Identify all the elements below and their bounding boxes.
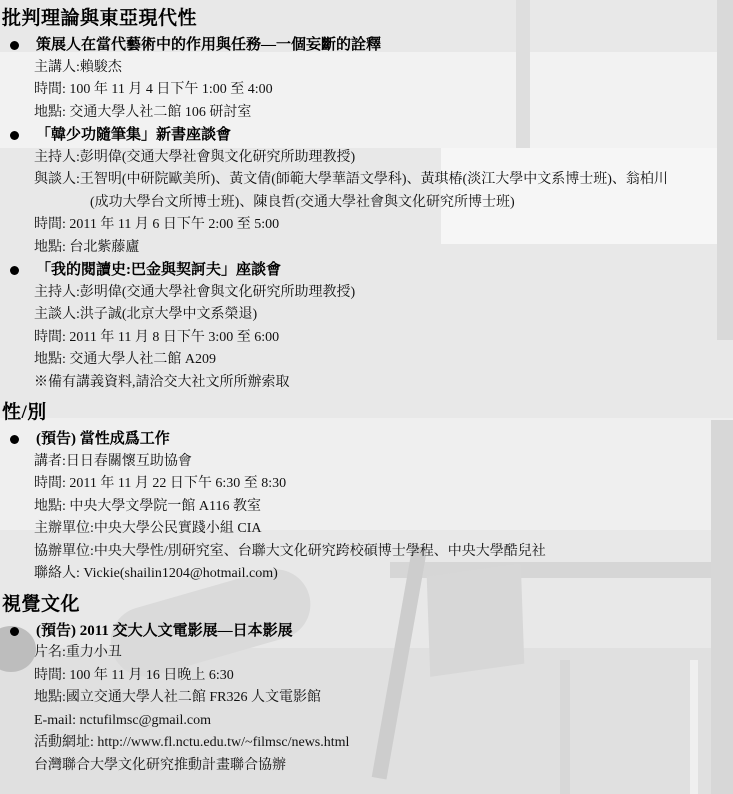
event-film-festival: (預告) 2011 交大人文電影展—日本影展 片名:重力小丑 時間: 100 年… (0, 620, 733, 778)
newsletter-page: 批判理論與東亞現代性 策展人在當代藝術中的作用與任務—一個妄斷的詮釋 主講人:賴… (0, 0, 733, 794)
event-detail-speaker: 講者:日日春關懷互助協會 (0, 451, 733, 474)
event-detail-panelists-cont: (成功大學台文所博士班)、陳良哲(交通大學社會與文化研究所博士班) (0, 192, 733, 215)
section-heading-critical-theory: 批判理論與東亞現代性 (2, 7, 733, 31)
event-detail-speaker: 主講人:賴駿杰 (0, 57, 733, 80)
event-detail-time: 時間: 100 年 11 月 4 日下午 1:00 至 4:00 (0, 79, 733, 102)
event-detail-time: 時間: 2011 年 11 月 8 日下午 3:00 至 6:00 (0, 327, 733, 350)
event-detail-organizer: 主辦單位:中央大學公民實踐小組 CIA (0, 518, 733, 541)
event-detail-email: E-mail: nctufilmsc@gmail.com (0, 710, 733, 733)
event-detail-host: 主持人:彭明偉(交通大學社會與文化研究所助理教授) (0, 282, 733, 305)
event-detail-time: 時間: 100 年 11 月 16 日晚上 6:30 (0, 665, 733, 688)
event-detail-location: 地點: 交通大學人社二館 A209 (0, 349, 733, 372)
event-book-forum: 「韓少功隨筆集」新書座談會 主持人:彭明偉(交通大學社會與文化研究所助理教授) … (0, 124, 733, 259)
event-detail-film: 片名:重力小丑 (0, 642, 733, 665)
bullet-icon (10, 131, 19, 140)
event-detail-panelists: 與談人:王智明(中研院歐美所)、黃文倩(師範大學華語文學科)、黃琪椿(淡江大學中… (0, 169, 733, 192)
event-detail-speaker: 主談人:洪子誠(北京大學中文系榮退) (0, 304, 733, 327)
event-title: 策展人在當代藝術中的作用與任務—一個妄斷的詮釋 (0, 34, 733, 57)
bullet-icon (10, 41, 19, 50)
event-detail-location: 地點: 台北紫藤廬 (0, 237, 733, 260)
event-title: (預告) 當性成爲工作 (0, 428, 733, 451)
event-sex-work-talk: (預告) 當性成爲工作 講者:日日春關懷互助協會 時間: 2011 年 11 月… (0, 428, 733, 586)
event-detail-time: 時間: 2011 年 11 月 22 日下午 6:30 至 8:30 (0, 473, 733, 496)
section-heading-visual-culture: 視覺文化 (2, 593, 733, 617)
event-detail-website: 活動網址: http://www.fl.nctu.edu.tw/~filmsc/… (0, 732, 733, 755)
event-detail-location: 地點: 中央大學文學院一館 A116 教室 (0, 496, 733, 519)
event-curator-talk: 策展人在當代藝術中的作用與任務—一個妄斷的詮釋 主講人:賴駿杰 時間: 100 … (0, 34, 733, 124)
event-detail-time: 時間: 2011 年 11 月 6 日下午 2:00 至 5:00 (0, 214, 733, 237)
event-detail-host: 主持人:彭明偉(交通大學社會與文化研究所助理教授) (0, 147, 733, 170)
event-reading-history-forum: 「我的閱讀史:巴金與契訶夫」座談會 主持人:彭明偉(交通大學社會與文化研究所助理… (0, 259, 733, 394)
event-title: (預告) 2011 交大人文電影展—日本影展 (0, 620, 733, 643)
event-detail-note: ※備有講義資料,請洽交大社文所所辦索取 (0, 372, 733, 395)
bullet-icon (10, 266, 19, 275)
event-detail-coorganizer: 協辦單位:中央大學性/別研究室、台聯大文化研究跨校碩博士學程、中央大學酷兒社 (0, 541, 733, 564)
section-heading-gender: 性/別 (2, 401, 733, 425)
document-content: 批判理論與東亞現代性 策展人在當代藝術中的作用與任務—一個妄斷的詮釋 主講人:賴… (0, 0, 733, 794)
event-detail-location: 地點: 交通大學人社二館 106 研討室 (0, 102, 733, 125)
bullet-icon (10, 627, 19, 636)
event-detail-coorganizer: 台灣聯合大學文化研究推動計畫聯合協辦 (0, 755, 733, 778)
event-detail-contact: 聯絡人: Vickie(shailin1204@hotmail.com) (0, 563, 733, 586)
event-title: 「我的閱讀史:巴金與契訶夫」座談會 (0, 259, 733, 282)
event-detail-location: 地點:國立交通大學人社二館 FR326 人文電影館 (0, 687, 733, 710)
bullet-icon (10, 435, 19, 444)
event-title: 「韓少功隨筆集」新書座談會 (0, 124, 733, 147)
